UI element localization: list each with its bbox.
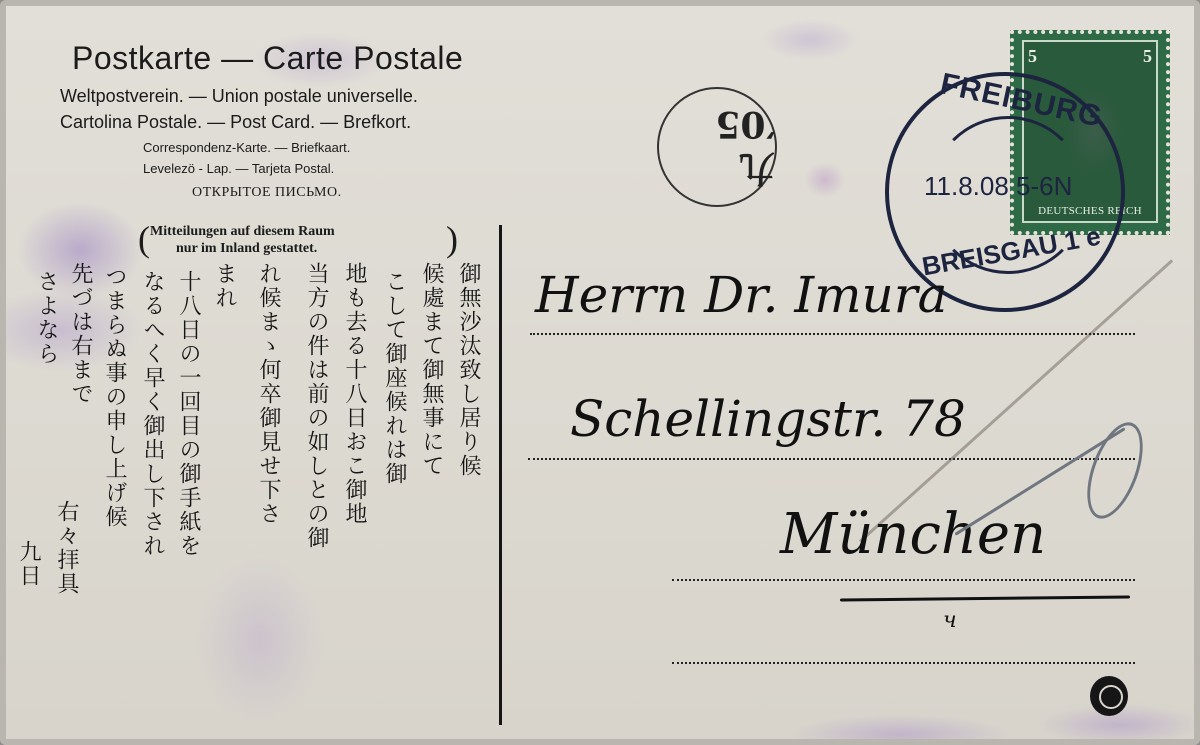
address-line-1-rule bbox=[530, 333, 1135, 335]
header-line-russian: ОТКРЫТОЕ ПИСЬМО. bbox=[192, 185, 342, 201]
message-column: 御無沙汰致し居り候 bbox=[452, 262, 482, 732]
message-column: さよなら bbox=[30, 270, 60, 470]
handwritten-mark: ч bbox=[943, 608, 957, 633]
arrival-postmark-text: 九 ′05 bbox=[681, 103, 775, 196]
address-line-3-rule bbox=[672, 579, 1135, 581]
message-address-divider bbox=[499, 225, 502, 725]
message-column: まれ bbox=[208, 262, 238, 342]
message-column: つまらぬ事の申し上げ候 bbox=[98, 265, 128, 730]
notice-line-2: nur im Inland gestattet. bbox=[176, 241, 317, 257]
notice-paren-right: ) bbox=[446, 218, 458, 260]
notice-paren-left: ( bbox=[138, 218, 150, 260]
stamp-value-right: 5 bbox=[1143, 46, 1152, 67]
postcard-title: Postkarte — Carte Postale bbox=[72, 40, 463, 77]
message-column: 当方の件は前の如しとの御 bbox=[300, 262, 330, 732]
address-line-2-rule bbox=[528, 458, 1135, 460]
header-line-correspondenz: Correspondenz-Karte. — Briefkaart. bbox=[143, 140, 350, 155]
arrival-postmark: 九 ′05 bbox=[657, 87, 777, 207]
header-line-languages: Cartolina Postale. — Post Card. — Brefko… bbox=[60, 112, 411, 133]
publisher-logo-icon bbox=[1090, 676, 1128, 716]
message-column: 十八日の一回目の御手紙を bbox=[172, 270, 202, 730]
message-column: れ候まゝ何卒御見せ下さ bbox=[252, 262, 282, 732]
city-underline bbox=[840, 595, 1130, 601]
message-column: 候處まて御無事にて bbox=[415, 262, 445, 732]
address-line-4-rule bbox=[672, 662, 1135, 664]
postcard: Postkarte — Carte Postale Weltpostverein… bbox=[0, 0, 1200, 745]
message-column: 先づは右まで bbox=[64, 262, 94, 502]
message-column: 右々拝具 bbox=[50, 500, 80, 730]
message-column: 地も去る十八日おこ御地 bbox=[338, 262, 368, 732]
stamp-value-left: 5 bbox=[1028, 46, 1037, 67]
header-line-upu: Weltpostverein. — Union postale universe… bbox=[60, 86, 418, 107]
message-column: こして御座候れは御 bbox=[378, 270, 408, 730]
address-city: München bbox=[780, 502, 1046, 567]
notice-line-1: Mitteilungen auf diesem Raum bbox=[150, 224, 335, 240]
message-column: 九日 bbox=[12, 540, 42, 660]
message-column: なるへく早く御出し下され bbox=[136, 270, 166, 730]
address-recipient: Herrn Dr. Imura bbox=[535, 266, 947, 324]
postmark-date: 11.8.08 5-6N bbox=[924, 171, 1072, 202]
address-street: Schellingstr. 78 bbox=[570, 390, 966, 448]
header-line-levelezo: Levelezö - Lap. — Tarjeta Postal. bbox=[143, 161, 334, 176]
